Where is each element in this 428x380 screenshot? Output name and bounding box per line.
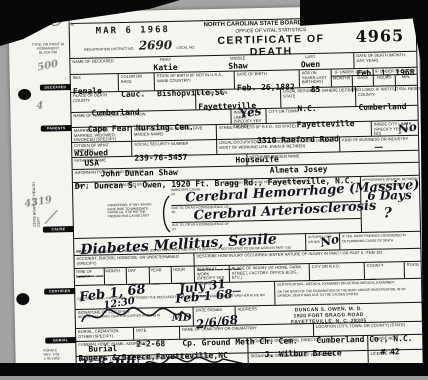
pencil-4: 4 (36, 101, 43, 112)
death-county-cell: PLACE OF DEATH COUNTY Cumberland (71, 90, 196, 112)
death-town-label: CITY OR TOWN (268, 107, 415, 115)
burial-label: BURIAL, CREMATION, OTHER (SPECIFY) (78, 329, 131, 339)
certifier-signature-cell: SIGNATURE OF CERTIFIER MD (76, 308, 194, 328)
scan-background-bottom (0, 376, 428, 380)
form-note-line3: 1-45-1968 (44, 356, 60, 360)
print-instruction: TYPE, OR PRINT IN PERMANENT BLACK INK (31, 42, 65, 55)
race-label: COLOR OR RACE (121, 74, 152, 84)
injury-hour-label: HOUR (173, 268, 193, 273)
injury-month-label: MONTH (105, 269, 125, 274)
tab-burial: BURIAL (45, 337, 76, 344)
residence-county-cell: COUNTY Cumberland (356, 86, 417, 106)
conditions-note: CONDITIONS, IF ANY, WHICH GAVE RISE TO I… (107, 203, 159, 218)
ssn-label: SOCIAL SECURITY NUMBER (134, 141, 214, 147)
citizen-label: CITIZEN OF WHAT COUNTRY (74, 143, 129, 153)
place-of-injury-cell: PLACE OF INJURY (AT HOME, FARM, STREET, … (230, 264, 310, 282)
death-city-label: CITY OR TOWN (198, 90, 278, 96)
state-of-birth-label: STATE OF BIRTH (IF NOT IN U.S.A., NAME C… (157, 73, 232, 84)
director-license-cell: LICENSE NO. # 42 (368, 335, 422, 350)
injury-day-label: DAY (128, 268, 148, 273)
injury-year-cell: YEAR — (149, 267, 172, 283)
death-caused-by-label: DEATH CAUSED BY: (105, 182, 175, 188)
tab-cause: CAUSE (43, 226, 74, 233)
injury-county-cell: COUNTY — (365, 262, 405, 279)
hospital-label: NAME OF HOSPITAL OR INSTITUTION (73, 111, 228, 119)
ink-brace (159, 195, 172, 233)
part1-main: PART I DEATH CAUSED BY: ENTER ONLY ONE C… (73, 177, 362, 238)
hole-punch-bottom (16, 293, 29, 305)
street-address-label: STREET ADDRESS (IF R.F.D., SO STATE) (219, 123, 369, 131)
address-label: ADDRESS (238, 307, 257, 312)
age-label: AGE (IN YEARS LAST BIRTHDAY) (302, 71, 329, 85)
race-cell: COLOR OR RACE Cauc. (119, 73, 155, 91)
tab-certifier: CERTIFIER (44, 288, 75, 295)
sex-label: SEX (73, 75, 116, 80)
under-24-hours-cell: IF UNDER 24 HOURS HOURS MIN. (374, 68, 417, 86)
pencil-checkmark (42, 208, 60, 226)
state-of-birth-cell: STATE OF BIRTH (IF NOT IN U.S.A., NAME C… (155, 72, 235, 91)
director-license-label: LICENSE NO. (370, 336, 420, 342)
date-of-death-label: DATE OF DEATH (MONTH, DAY, YEAR) (356, 53, 414, 63)
sex-cell: SEX Female (71, 74, 119, 92)
residence-county-label: COUNTY (358, 91, 415, 97)
injury-county-label: COUNTY (367, 263, 402, 268)
age-cell: AGE (IN YEARS LAST BIRTHDAY) 85 (300, 70, 332, 88)
industry-label: KIND OF BUSINESS OR INDUSTRY (342, 137, 416, 143)
scan-edge-bottom (0, 363, 428, 376)
interval-a-value: 6 Days (367, 190, 412, 202)
injury-state-cell: STATE (405, 262, 421, 278)
embalmer-license-label: LICENSE NO. (371, 351, 421, 357)
marital-cell: MARRIED, NEVER MARRIED, WIDOWED, DIVORCE… (72, 127, 132, 142)
date-of-birth-label: DATE OF BIRTH (237, 71, 297, 77)
describe-injury-label: DESCRIBE HOW INJURY OCCURRED (ENTER NATU… (196, 250, 418, 259)
inside-city-limits-cell-2: INSIDE CITY LIMITS (SPECIFY YES OR NO) —… (372, 121, 418, 136)
hole-punch-top (18, 89, 31, 100)
injury-state-label: STATE (407, 263, 419, 268)
part1-section: PART I DEATH CAUSED BY: ENTER ONLY ONE C… (73, 175, 420, 238)
medical-examiner-certification-cell: CERTIFICATION—MEDICAL EXAMINER OR ACTING… (275, 279, 421, 305)
registration-label: REGISTRATION DISTRICT NO. (84, 47, 134, 52)
injury-day-cell: DAY — (126, 267, 149, 283)
father-label: FATHER'S NAME (74, 155, 244, 163)
autopsy-findings-label: IF YES, WERE FINDINGS CONSIDERED IN DETE… (342, 233, 418, 244)
certificate-paper: TYPE, OR PRINT IN PERMANENT BLACK INK 50… (8, 5, 425, 367)
occupation-label: USUAL OCCUPATION (GIVE KIND OF WORK DONE… (219, 138, 337, 149)
burial-date-cell: DATE 2-2-68 (134, 327, 180, 340)
registration-number: 2690 (139, 38, 173, 53)
citizen-cell: CITIZEN OF WHAT COUNTRY USA (72, 142, 132, 157)
cemetery-location-label: LOCATION (CITY, TOWN, OR COUNTY) (STATE) (316, 323, 420, 330)
autopsy-value: No (319, 234, 340, 249)
date-signed-cell: DATE SIGNED 2/6/68 (194, 307, 236, 326)
interval-b-value: ? (384, 208, 392, 219)
tab-deceased: DECEASED (40, 84, 71, 91)
pencil-500: 500 (37, 59, 60, 74)
injury-month-cell: MONTH — (103, 268, 126, 284)
autopsy-cell: AUTOPSY (YES OR NO) No (306, 233, 340, 250)
injury-city-label: CITY OR R.F.D. (312, 264, 362, 270)
residence-state-cell: USUAL RESIDENCE (WHERE DECEASED LIVED. I… (281, 87, 356, 108)
residence-state-label: STATE (283, 93, 353, 99)
autopsy-findings-cell: IF YES, WERE FINDINGS CONSIDERED IN DETE… (340, 232, 420, 250)
part1-label: PART I (75, 183, 105, 188)
time-of-injury-label: TIME OF INJURY (75, 268, 104, 285)
certifier-signature-suffix: MD (172, 314, 192, 324)
date-signed-label: DATE SIGNED (196, 308, 233, 313)
injury-city-cell: CITY OR R.F.D. — (310, 263, 365, 280)
registration-block: MAR 6 1968 REGISTRATION DISTRICT NO. 269… (70, 21, 199, 58)
cemetery-label: NAME OF CEMETERY OR CREMATORY (182, 325, 311, 332)
spouse-label: SURVIVING SPOUSE (IF WIFE, GIVE MAIDEN N… (134, 126, 214, 137)
place-of-injury-label: PLACE OF INJURY (AT HOME, FARM, STREET, … (232, 265, 307, 280)
inside-city-limits-cell-1: INSIDE CITY LIMITS (SPECIFY YES OR NO) Y… (231, 109, 266, 124)
certificate-form: MAR 6 1968 REGISTRATION DISTRICT NO. 269… (69, 16, 424, 372)
form-number-note: FORM 5 REV. 1-68 1-45-1968 (43, 348, 59, 360)
inside-city-limits-value-1: Yes (239, 106, 262, 120)
burial-date-label: DATE (136, 328, 177, 333)
date-of-death-cell: DATE OF DEATH (MONTH, DAY, YEAR) Feb. 1,… (354, 52, 416, 68)
mother-label: MOTHER'S MAIDEN NAME (249, 152, 416, 160)
scanned-death-certificate: TYPE, OR PRINT IN PERMANENT BLACK INK 50… (0, 0, 428, 380)
funeral-director-label: SIGNATURE OF FUNERAL DIRECTOR (250, 337, 365, 344)
medical-examiner-text: ON THE BASIS OF THE EXAMINATION OF THE B… (277, 286, 419, 298)
local-no-label: LOCAL NO. (177, 45, 196, 49)
tab-parents: PARENTS (41, 125, 72, 132)
inside-city-limits-value-2: No (397, 121, 418, 135)
injury-year-label: YEAR (151, 268, 171, 273)
registration-line: REGISTRATION DISTRICT NO. 2690 LOCAL NO. (84, 35, 198, 55)
under-1-year-cell: IF UNDER 1 YEAR MONTHS DAYS (332, 69, 374, 87)
embalmer-label: SIGNATURE OF EMBALMER (IF EMBALMED) (251, 352, 366, 359)
date-of-birth-cell: DATE OF BIRTH Feb. 26,1882 (235, 70, 300, 88)
funeral-home-label: FUNERAL HOME (NAME, ADDRESS) (78, 339, 245, 347)
